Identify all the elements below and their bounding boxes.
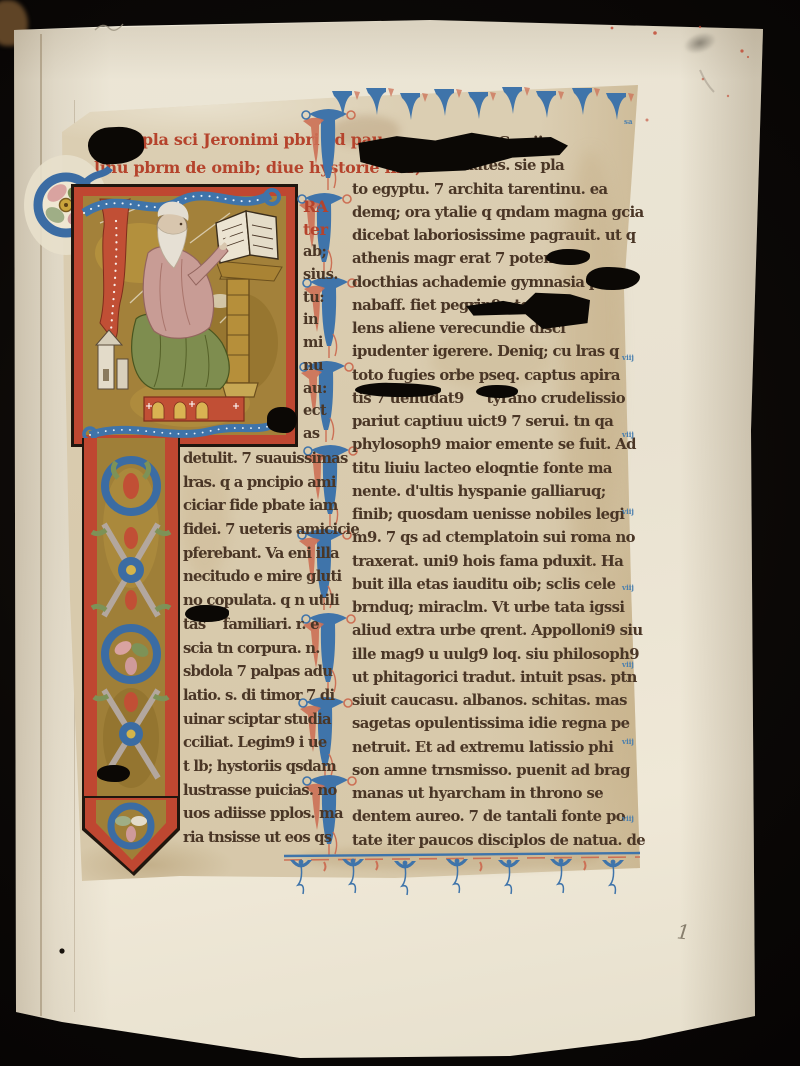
text-line: m9. 7 qs ad ctemplatoin sui roma no bbox=[352, 526, 644, 549]
censor-patch bbox=[476, 385, 518, 398]
text-line: nente. d'ultis hyspanie galliaruq; bbox=[352, 480, 644, 503]
text-line: sbdola 7 palpas adu bbox=[183, 660, 339, 684]
text-line: buit illa etas iauditu oib; sclis cele bbox=[352, 573, 644, 596]
text-line: ipudenter igerere. Deniq; cu lras q bbox=[352, 340, 644, 363]
photograph-background: sa Epla sci Jeronimi pbri ad pau linu pb… bbox=[0, 0, 800, 1066]
text-line: ciciar fide pbate iam bbox=[183, 494, 339, 518]
svg-text:sa: sa bbox=[624, 117, 633, 126]
text-line: t lb; hystoriis qsdam bbox=[183, 755, 339, 779]
quire-mark: viij bbox=[622, 583, 644, 593]
text-line: lens aliene verecundie disci bbox=[352, 317, 644, 340]
text-line: fidei. 7 ueteris amicicie bbox=[183, 518, 339, 542]
text-line: necitudo e mire gluti bbox=[183, 565, 339, 589]
text-line: son amne trnsmisso. puenit ad brag bbox=[352, 759, 644, 782]
text-line: scia tn corpura. n. bbox=[183, 637, 339, 661]
text-line: to egyptu. 7 archita tarentinu. ea bbox=[352, 178, 644, 201]
text-line: RA bbox=[303, 196, 349, 219]
text-line: netruit. Et ad extremu latissio phi bbox=[352, 736, 644, 759]
bottom-border-penwork bbox=[280, 848, 644, 900]
text-line: detulit. 7 suauissimas bbox=[183, 447, 339, 471]
text-line: ect bbox=[303, 400, 349, 423]
text-line: lustrasse puicias. no bbox=[183, 779, 339, 803]
illuminated-initial-miniature bbox=[70, 183, 299, 448]
quire-mark: viij bbox=[622, 507, 644, 517]
text-line: uinar sciptar studia bbox=[183, 708, 339, 732]
text-line: au: bbox=[303, 378, 349, 401]
initial-descender-bar bbox=[82, 438, 180, 878]
text-line: in bbox=[303, 309, 349, 332]
folio-number: 1 bbox=[676, 919, 691, 944]
text-line: lras. q a pncipio ami bbox=[183, 471, 339, 495]
text-line: ille mag9 u uulg9 loq. siu philosoph9 bbox=[352, 643, 644, 666]
censor-patch bbox=[185, 605, 229, 622]
text-line: finib; quosdam uenisse nobiles legi bbox=[352, 503, 644, 526]
text-line: uos adiisse pplos. ma bbox=[183, 802, 339, 826]
text-line: brnduq; miraclm. Vt urbe tata igssi bbox=[352, 596, 644, 619]
text-line: aliud extra urbe qrent. Appolloni9 siu bbox=[352, 619, 644, 642]
text-line: ter bbox=[303, 219, 349, 242]
text-line: sius. bbox=[303, 264, 349, 287]
right-text-column: a i a Ge pij oim uates. sie plato egyptu… bbox=[352, 131, 644, 852]
text-line: ria tnsisse ut eos qs bbox=[183, 826, 339, 850]
text-line: titu liuiu lacteo eloqntie fonte ma bbox=[352, 457, 644, 480]
text-line: pferebant. Va eni illa bbox=[183, 542, 339, 566]
text-line: mi bbox=[303, 332, 349, 355]
quire-mark: viij bbox=[622, 814, 644, 824]
text-line: manas ut hyarcham in throno se bbox=[352, 782, 644, 805]
text-line: latio. s. di timor 7 di bbox=[183, 684, 339, 708]
text-line: phylosoph9 maior emente se fuit. Ad bbox=[352, 433, 644, 456]
text-line: cciliat. Legim9 i ue bbox=[183, 731, 339, 755]
text-line: sagetas opulentissima idie regna pe bbox=[352, 712, 644, 735]
initial-adjacent-line-fragments: RAterab;sius.tu:inminuau:ectas bbox=[303, 196, 349, 446]
text-line: tu: bbox=[303, 287, 349, 310]
text-line: nu bbox=[303, 355, 349, 378]
censor-patch bbox=[97, 765, 130, 782]
quire-mark: viij bbox=[622, 737, 644, 747]
left-text-column: detulit. 7 suauissimaslras. q a pncipio … bbox=[183, 447, 339, 850]
text-line: dentem aureo. 7 de tantali fonte po bbox=[352, 805, 644, 828]
text-line: pariut captiuu uict9 7 serui. tn qa bbox=[352, 410, 644, 433]
censor-patch bbox=[546, 249, 590, 265]
text-line: as bbox=[303, 423, 349, 446]
censor-patch bbox=[267, 407, 297, 433]
quire-mark: viij bbox=[622, 660, 644, 670]
text-line: siuit caucasu. albanos. schitas. mas bbox=[352, 689, 644, 712]
quire-mark: viij bbox=[622, 430, 644, 440]
quire-mark: viij bbox=[622, 353, 644, 363]
text-line: dicebat laboriosissime pagrauit. ut q bbox=[352, 224, 644, 247]
margin-quire-marks: viijviijviijviijviijviijviijviij bbox=[622, 276, 644, 824]
text-line: traxerat. uni9 hois fama pduxit. Ha bbox=[352, 550, 644, 573]
text-line: demq; ora ytalie q qndam magna gcia bbox=[352, 201, 644, 224]
text-line: ab; bbox=[303, 241, 349, 264]
text-line: ut phitagorici tradut. intuit psas. ptn bbox=[352, 666, 644, 689]
